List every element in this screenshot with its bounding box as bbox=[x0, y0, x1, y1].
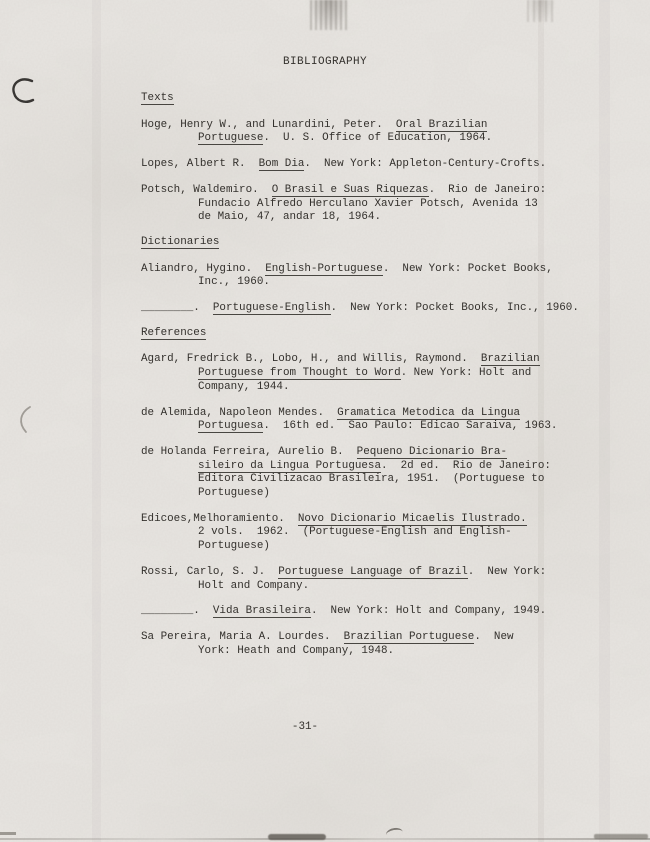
top-edge-smudge bbox=[527, 0, 555, 22]
page-number: -31- bbox=[0, 721, 610, 734]
text-segment: Lopes, Albert R. bbox=[141, 158, 259, 170]
text-segment: . New York: Appleton-Century-Crofts. bbox=[304, 158, 546, 170]
text-segment: . 16th ed. Sao Paulo: Edicao Saraiva, 19… bbox=[263, 420, 557, 432]
underlined-title: Brazilian Portuguese bbox=[344, 631, 475, 644]
bib-entry: Agard, Fredrick B., Lobo, H., and Willis… bbox=[141, 353, 623, 394]
bib-line: ________. Vida Brasileira. New York: Hol… bbox=[141, 605, 623, 619]
bib-entry: Aliandro, Hygino. English-Portuguese. Ne… bbox=[141, 263, 623, 290]
text-segment: . 2d ed. Rio de Janeiro: bbox=[381, 460, 551, 472]
bibliography-content: TextsHoge, Henry W., and Lunardini, Pete… bbox=[141, 92, 623, 658]
text-segment: Edicoes,Melhoramiento. bbox=[141, 513, 298, 525]
bib-line: Portuguesa. 16th ed. Sao Paulo: Edicao S… bbox=[141, 420, 623, 434]
text-segment: . New York: bbox=[468, 566, 546, 578]
underlined-title: Novo Dicionario Micaelis Ilustrado. bbox=[298, 513, 527, 526]
section-heading: Dictionaries bbox=[141, 236, 623, 250]
underlined-title: Portuguese-English bbox=[213, 302, 331, 315]
section-dictionaries: DictionariesAliandro, Hygino. English-Po… bbox=[141, 236, 623, 316]
section-heading: References bbox=[141, 327, 623, 341]
underlined-title: O Brasil e Suas Riquezas bbox=[272, 184, 429, 197]
bib-entry: ________. Vida Brasileira. New York: Hol… bbox=[141, 605, 623, 619]
section-heading-label: Texts bbox=[141, 92, 174, 105]
text-segment: de Holanda Ferreira, Aurelio B. bbox=[141, 446, 357, 458]
bib-line: Fundacio Alfredo Herculano Xavier Potsch… bbox=[141, 198, 623, 212]
bib-line: Lopes, Albert R. Bom Dia. New York: Appl… bbox=[141, 158, 623, 172]
bib-line: Aliandro, Hygino. English-Portuguese. Ne… bbox=[141, 263, 623, 277]
bib-entry: Sa Pereira, Maria A. Lourdes. Brazilian … bbox=[141, 631, 623, 658]
top-edge-smudge bbox=[310, 0, 348, 30]
section-heading: Texts bbox=[141, 92, 623, 106]
text-segment: ________. bbox=[141, 605, 213, 617]
text-segment: . U. S. Office of Education, 1964. bbox=[263, 132, 492, 144]
text-segment: ________. bbox=[141, 302, 213, 314]
bottom-edge-smudge bbox=[594, 834, 648, 839]
bib-line: Holt and Company. bbox=[141, 580, 623, 594]
text-segment: Sa Pereira, Maria A. Lourdes. bbox=[141, 631, 344, 643]
underlined-title: sileiro da Lingua Portuguesa bbox=[198, 460, 381, 473]
bib-line: ________. Portuguese-English. New York: … bbox=[141, 302, 623, 316]
document-page: BIBLIOGRAPHY TextsHoge, Henry W., and Lu… bbox=[0, 0, 650, 842]
bib-entry: Lopes, Albert R. Bom Dia. New York: Appl… bbox=[141, 158, 623, 172]
bib-line: Portuguese) bbox=[141, 540, 623, 554]
bib-entry: Edicoes,Melhoramiento. Novo Dicionario M… bbox=[141, 513, 623, 554]
page-title: BIBLIOGRAPHY bbox=[0, 56, 650, 68]
text-segment: Potsch, Waldemiro. bbox=[141, 184, 272, 196]
text-segment: Rossi, Carlo, S. J. bbox=[141, 566, 278, 578]
underlined-title: Oral Brazilian bbox=[396, 119, 488, 132]
text-segment: Inc., 1960. bbox=[198, 276, 270, 288]
underlined-title: Portuguese bbox=[198, 132, 263, 145]
underlined-title: Portuguese from Thought to Word bbox=[198, 367, 401, 380]
bib-line: York: Heath and Company, 1948. bbox=[141, 645, 623, 659]
text-segment: Holt and Company. bbox=[198, 580, 309, 592]
bib-line: Editora Civilizacao Brasileira, 1951. (P… bbox=[141, 473, 623, 487]
bib-line: Hoge, Henry W., and Lunardini, Peter. Or… bbox=[141, 119, 623, 133]
underlined-title: English-Portuguese bbox=[265, 263, 383, 276]
scan-streak bbox=[92, 0, 101, 842]
underlined-title: Vida Brasileira bbox=[213, 605, 311, 618]
bib-entry: ________. Portuguese-English. New York: … bbox=[141, 302, 623, 316]
underlined-title: Portuguese Language of Brazil bbox=[278, 566, 468, 579]
text-segment: . New York: Pocket Books, Inc., 1960. bbox=[331, 302, 579, 314]
underlined-title: Gramatica Metodica da Lingua bbox=[337, 407, 520, 420]
text-segment: Portuguese) bbox=[198, 540, 270, 552]
section-texts: TextsHoge, Henry W., and Lunardini, Pete… bbox=[141, 92, 623, 225]
bib-entry: Potsch, Waldemiro. O Brasil e Suas Rique… bbox=[141, 184, 623, 225]
bib-line: Agard, Fredrick B., Lobo, H., and Willis… bbox=[141, 353, 623, 367]
handwritten-paren-mark bbox=[8, 74, 42, 110]
text-segment: Hoge, Henry W., and Lunardini, Peter. bbox=[141, 119, 396, 131]
bib-line: sileiro da Lingua Portuguesa. 2d ed. Rio… bbox=[141, 460, 623, 474]
bib-line: Edicoes,Melhoramiento. Novo Dicionario M… bbox=[141, 513, 623, 527]
text-segment: . New York: Holt and Company, 1949. bbox=[311, 605, 546, 617]
text-segment: 2 vols. 1962. (Portuguese-English and En… bbox=[198, 526, 512, 538]
text-segment: . Rio de Janeiro: bbox=[429, 184, 547, 196]
bib-line: de Maio, 47, andar 18, 1964. bbox=[141, 211, 623, 225]
bib-line: Sa Pereira, Maria A. Lourdes. Brazilian … bbox=[141, 631, 623, 645]
bib-line: 2 vols. 1962. (Portuguese-English and En… bbox=[141, 526, 623, 540]
bottom-edge-smudge bbox=[0, 832, 16, 835]
text-segment: de Alemida, Napoleon Mendes. bbox=[141, 407, 337, 419]
bib-line: de Alemida, Napoleon Mendes. Gramatica M… bbox=[141, 407, 623, 421]
bib-line: Company, 1944. bbox=[141, 381, 623, 395]
text-segment: . New York: Holt and bbox=[401, 367, 532, 379]
bib-entry: Rossi, Carlo, S. J. Portuguese Language … bbox=[141, 566, 623, 593]
text-segment: Aliandro, Hygino. bbox=[141, 263, 265, 275]
underlined-title: Portuguesa bbox=[198, 420, 263, 433]
bottom-edge-smudge bbox=[385, 827, 404, 841]
bib-line: Rossi, Carlo, S. J. Portuguese Language … bbox=[141, 566, 623, 580]
text-segment: Editora Civilizacao Brasileira, 1951. (P… bbox=[198, 473, 544, 485]
bib-line: Portuguese. U. S. Office of Education, 1… bbox=[141, 132, 623, 146]
text-segment: . New York: Pocket Books, bbox=[383, 263, 553, 275]
underlined-title: Bom Dia bbox=[259, 158, 305, 171]
bib-entry: de Alemida, Napoleon Mendes. Gramatica M… bbox=[141, 407, 623, 434]
handwritten-paren-mark-faint bbox=[12, 404, 38, 436]
bib-line: Portuguese from Thought to Word. New Yor… bbox=[141, 367, 623, 381]
section-references: ReferencesAgard, Fredrick B., Lobo, H., … bbox=[141, 327, 623, 659]
section-heading-label: References bbox=[141, 327, 206, 340]
underlined-title: Brazilian bbox=[481, 353, 540, 366]
text-segment: . New bbox=[474, 631, 513, 643]
text-segment: Company, 1944. bbox=[198, 381, 290, 393]
bib-line: Potsch, Waldemiro. O Brasil e Suas Rique… bbox=[141, 184, 623, 198]
bottom-edge-smudge bbox=[268, 834, 326, 840]
text-segment: Portuguese) bbox=[198, 487, 270, 499]
bib-entry: Hoge, Henry W., and Lunardini, Peter. Or… bbox=[141, 119, 623, 146]
bib-line: Portuguese) bbox=[141, 487, 623, 501]
text-segment: Agard, Fredrick B., Lobo, H., and Willis… bbox=[141, 353, 481, 365]
bib-entry: de Holanda Ferreira, Aurelio B. Pequeno … bbox=[141, 446, 623, 501]
bottom-page-edge bbox=[0, 838, 650, 840]
underlined-title: Pequeno Dicionario Bra- bbox=[357, 446, 507, 459]
text-segment: de Maio, 47, andar 18, 1964. bbox=[198, 211, 381, 223]
bib-line: Inc., 1960. bbox=[141, 276, 623, 290]
bib-line: de Holanda Ferreira, Aurelio B. Pequeno … bbox=[141, 446, 623, 460]
text-segment: York: Heath and Company, 1948. bbox=[198, 645, 394, 657]
text-segment: Fundacio Alfredo Herculano Xavier Potsch… bbox=[198, 198, 538, 210]
section-heading-label: Dictionaries bbox=[141, 236, 219, 249]
